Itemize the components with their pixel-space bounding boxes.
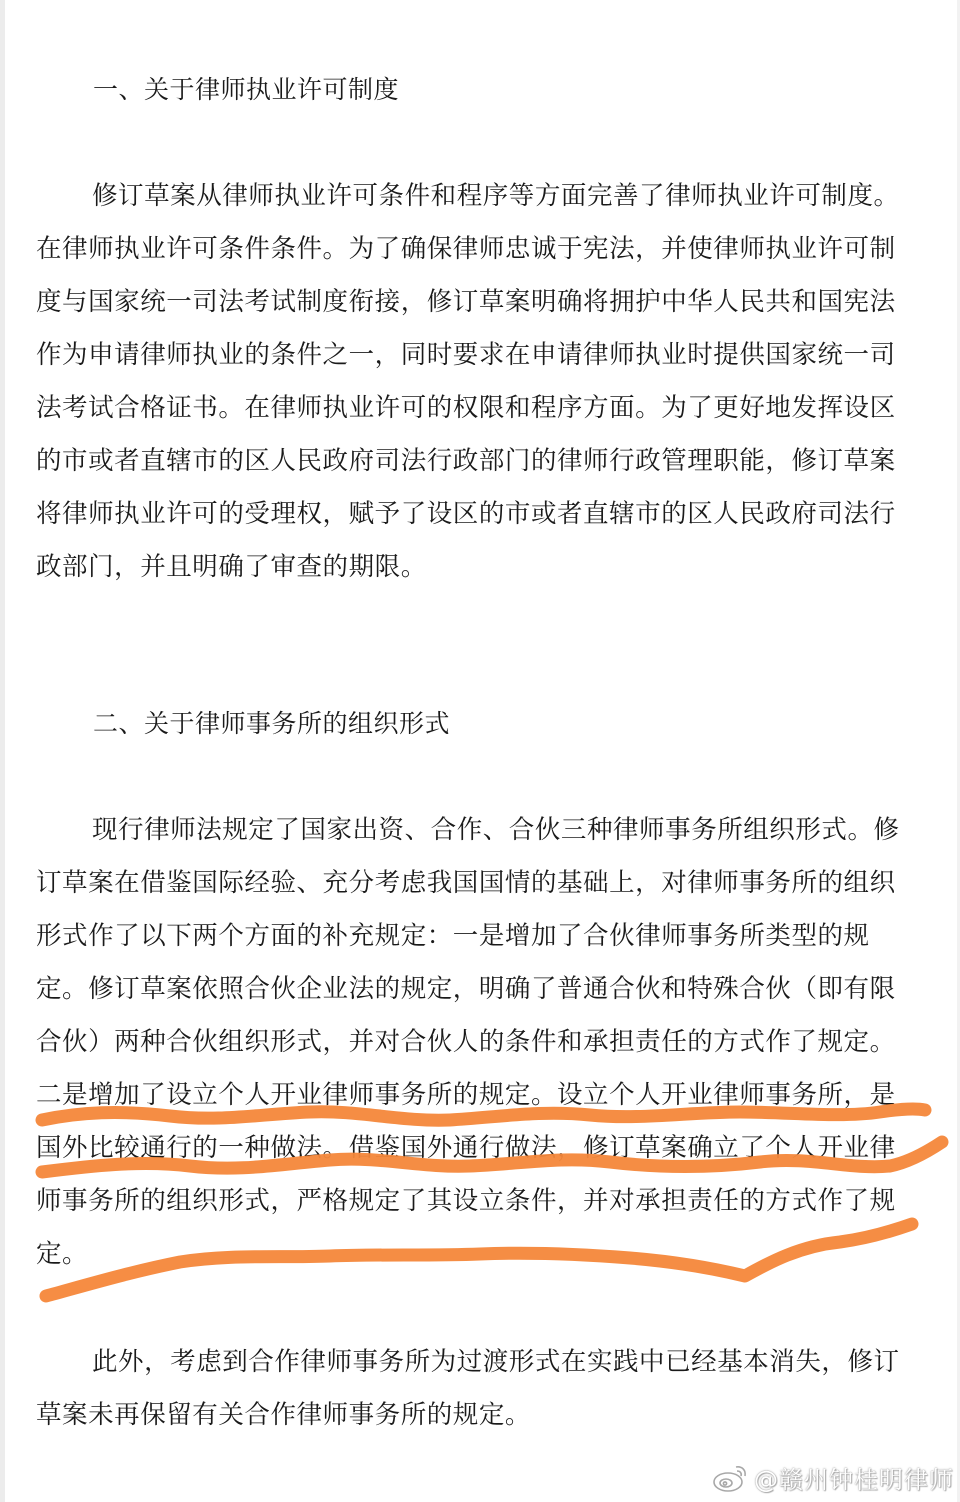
text-line: 订草案在借鉴国际经验、充分考虑我国国情的基础上，对律师事务所的组织	[36, 868, 896, 898]
text-line: 草案未再保留有关合作律师事务所的规定。	[36, 1400, 531, 1430]
document-page: 一、关于律师执业许可制度 修订草案从律师执业许可条件和程序等方面完善了律师执业许…	[0, 0, 960, 1502]
watermark-text: @赣州钟桂明律师	[754, 1460, 954, 1495]
highlight-stroke-1	[42, 1109, 925, 1120]
text-line: 的市或者直辖市的区人民政府司法行政部门的律师行政管理职能，修订草案	[36, 446, 896, 476]
orange-highlight-strokes	[0, 0, 960, 1502]
text-line: 修订草案从律师执业许可条件和程序等方面完善了律师执业许可制度。	[92, 181, 900, 211]
weibo-icon	[712, 1461, 750, 1493]
text-line: 在律师执业许可条件条件。为了确保律师忠诚于宪法，并使律师执业许可制	[36, 234, 896, 264]
highlight-stroke-3	[46, 1224, 912, 1296]
text-line: 二是增加了设立个人开业律师事务所的规定。设立个人开业律师事务所，是	[36, 1080, 896, 1110]
section-2-heading: 二、关于律师事务所的组织形式	[93, 709, 450, 739]
section-1-heading: 一、关于律师执业许可制度	[93, 75, 399, 105]
text-line: 定。修订草案依照合伙企业法的规定，明确了普通合伙和特殊合伙（即有限	[36, 974, 896, 1004]
text-line: 合伙）两种合伙组织形式，并对合伙人的条件和承担责任的方式作了规定。	[36, 1027, 896, 1057]
text-line: 政部门，并且明确了审查的期限。	[36, 552, 427, 582]
text-line: 现行律师法规定了国家出资、合作、合伙三种律师事务所组织形式。修	[92, 815, 900, 845]
text-line: 度与国家统一司法考试制度衔接，修订草案明确将拥护中华人民共和国宪法	[36, 287, 896, 317]
text-line: 定。	[36, 1239, 88, 1269]
text-line: 国外比较通行的一种做法。借鉴国外通行做法，修订草案确立了个人开业律	[36, 1133, 896, 1163]
text-line: 作为申请律师执业的条件之一，同时要求在申请律师执业时提供国家统一司	[36, 340, 896, 370]
text-line: 形式作了以下两个方面的补充规定：一是增加了合伙律师事务所类型的规	[36, 921, 870, 951]
text-line: 法考试合格证书。在律师执业许可的权限和程序方面。为了更好地发挥设区	[36, 393, 896, 423]
weibo-watermark: @赣州钟桂明律师	[712, 1462, 954, 1492]
text-line: 将律师执业许可的受理权，赋予了设区的市或者直辖市的区人民政府司法行	[36, 499, 896, 529]
text-line: 师事务所的组织形式，严格规定了其设立条件，并对承担责任的方式作了规	[36, 1186, 896, 1216]
text-line: 此外，考虑到合作律师事务所为过渡形式在实践中已经基本消失，修订	[92, 1347, 900, 1377]
